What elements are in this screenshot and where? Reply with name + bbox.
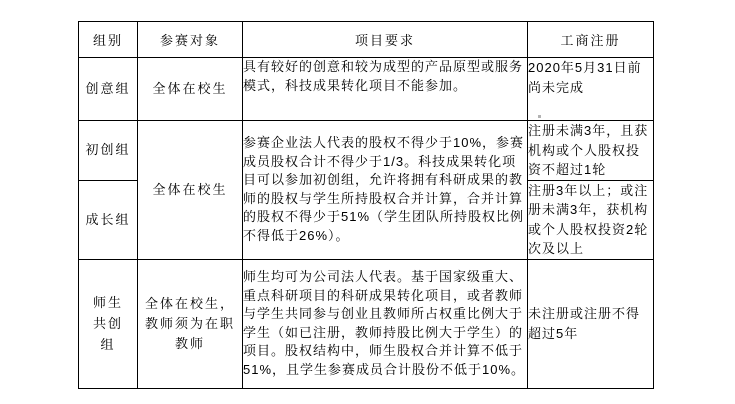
cell-growth-group-name: 成长组 xyxy=(79,180,138,259)
row-teacher-student-group: 师生共创组 全体在校生，教师须为在职教师 师生均可为公司法人代表。基于国家级重大… xyxy=(79,259,654,388)
header-cell-requirements: 项目要求 xyxy=(243,22,528,58)
cell-startup-group-name: 初创组 xyxy=(79,121,138,181)
cell-teacher-student-registration: 未注册或注册不得超过5年 xyxy=(528,259,654,388)
teacher-student-group-label: 师生共创组 xyxy=(91,292,125,355)
cell-startup-registration: 注册未满3年，且获机构或个人股权投资不超过1轮 xyxy=(528,121,654,181)
row-startup-group: 初创组 全体在校生 参赛企业法人代表的股权不得少于10%，参赛成员股权合计不得少… xyxy=(79,121,654,181)
cell-startup-growth-participants-merged: 全体在校生 xyxy=(138,121,243,260)
header-cell-participants: 参赛对象 xyxy=(138,22,243,58)
header-row: 组别 参赛对象 项目要求 工商注册 xyxy=(79,22,654,58)
cell-creative-group-name: 创意组 xyxy=(79,58,138,121)
header-cell-registration: 工商注册 xyxy=(528,22,654,58)
competition-groups-table: 组别 参赛对象 项目要求 工商注册 创意组 全体在校生 具有较好的创意和较为成型… xyxy=(78,21,654,389)
cell-creative-registration: 2020年5月31日前尚未完成 xyxy=(528,58,654,121)
cell-teacher-student-participants: 全体在校生，教师须为在职教师 xyxy=(138,259,243,388)
header-cell-group: 组别 xyxy=(79,22,138,58)
cell-creative-requirements: 具有较好的创意和较为成型的产品原型或服务模式，科技成果转化项目不能参加。 xyxy=(243,58,528,121)
cell-teacher-student-group-name: 师生共创组 xyxy=(79,259,138,388)
stray-pixel-artifact xyxy=(538,115,541,118)
page: 组别 参赛对象 项目要求 工商注册 创意组 全体在校生 具有较好的创意和较为成型… xyxy=(0,0,735,404)
cell-creative-participants: 全体在校生 xyxy=(138,58,243,121)
cell-startup-growth-requirements-merged: 参赛企业法人代表的股权不得少于10%，参赛成员股权合计不得少于1/3。科技成果转… xyxy=(243,121,528,260)
cell-growth-registration: 注册3年以上；或注册未满3年，获机构或个人股权投资2轮次及以上 xyxy=(528,180,654,259)
row-creative-group: 创意组 全体在校生 具有较好的创意和较为成型的产品原型或服务模式，科技成果转化项… xyxy=(79,58,654,121)
cell-teacher-student-requirements: 师生均可为公司法人代表。基于国家级重大、重点科研项目的科研成果转化项目，或者教师… xyxy=(243,259,528,388)
